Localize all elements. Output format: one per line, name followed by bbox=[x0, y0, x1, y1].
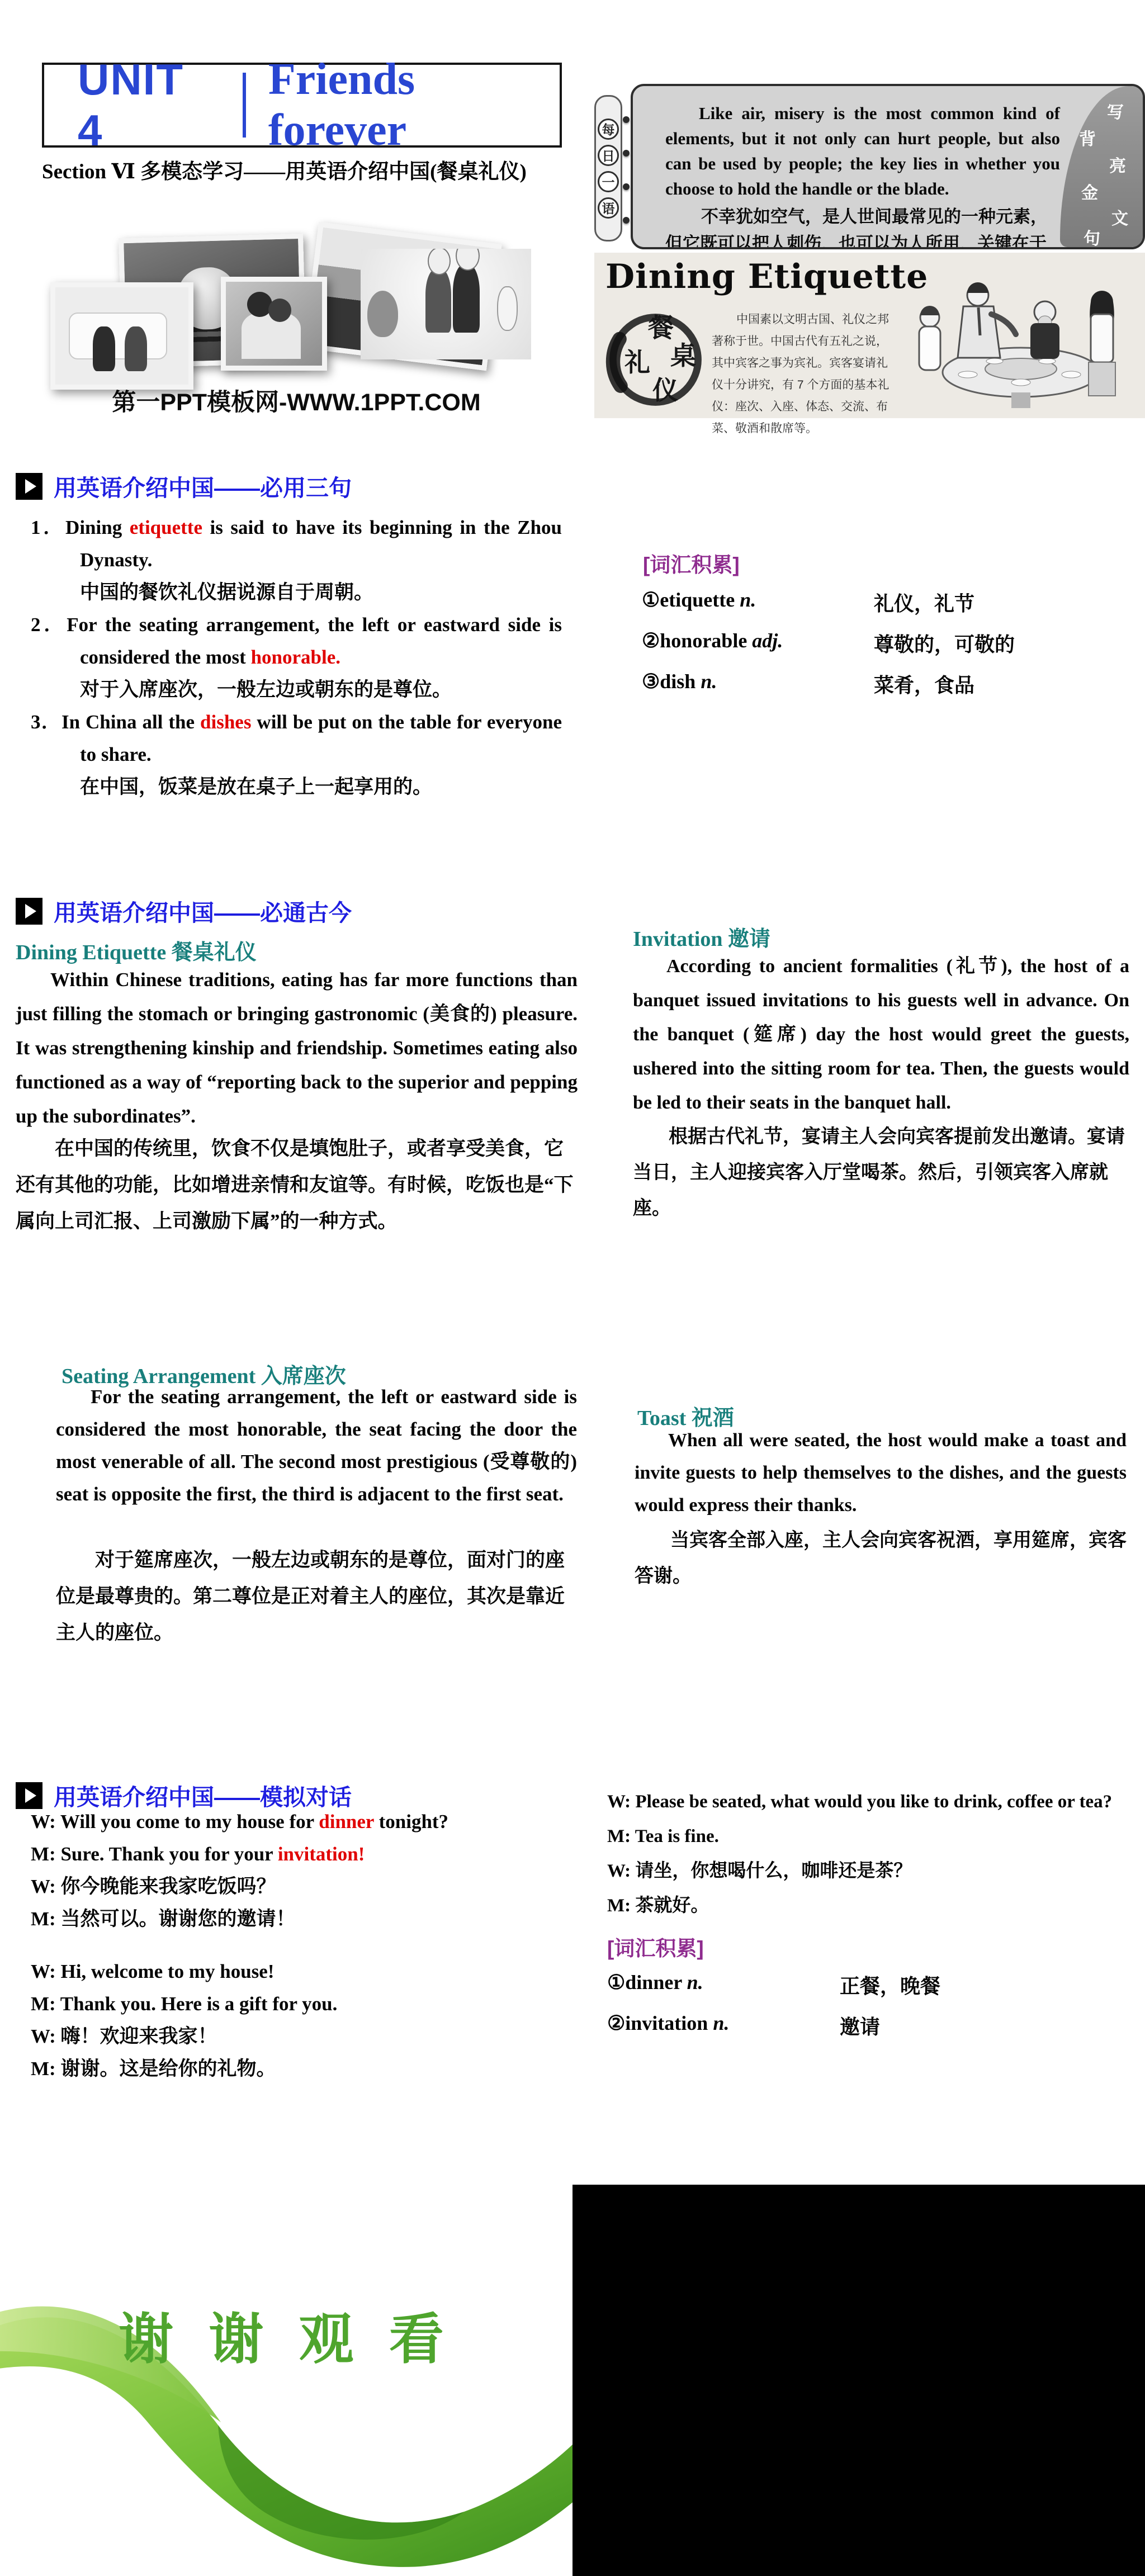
banner-title: Dining Etiquette bbox=[605, 257, 928, 296]
highlight-word: honorable. bbox=[251, 646, 340, 668]
dialog-line: W: Please be seated, what would you like… bbox=[607, 1784, 1133, 1819]
toast-en-paragraph: When all were seated, the host would mak… bbox=[635, 1424, 1127, 1522]
dialog-line: W: Will you come to my house for dinner … bbox=[31, 1806, 567, 1838]
section1-list: 1．Dining etiquette is said to have its b… bbox=[31, 512, 562, 803]
quote-english: Like air, misery is the most common kind… bbox=[665, 101, 1060, 201]
vocab-row: ③dish n.菜肴，食品 bbox=[642, 670, 1015, 698]
tab-char: 一 bbox=[598, 171, 619, 192]
dialog-left: W: Will you come to my house for dinner … bbox=[31, 1806, 567, 2085]
girl-figure bbox=[93, 326, 115, 371]
dialog-gap bbox=[31, 1935, 567, 1955]
sentence-2-zh: 对于入席座次，一般左边或朝东的是尊位。 bbox=[80, 674, 562, 706]
band-char: 句 bbox=[1084, 225, 1100, 249]
daily-quote-tab: 每 日 一 语 bbox=[594, 95, 622, 241]
unit-title: Friends forever bbox=[268, 54, 560, 156]
photo-friends-sofa bbox=[50, 282, 193, 390]
black-panel bbox=[572, 2185, 1145, 2576]
dialog-line: M: 谢谢。这是给你的礼物。 bbox=[31, 2053, 567, 2085]
vocab-row: ②honorable adj.尊敬的，可敬的 bbox=[642, 629, 1015, 657]
dialog-line: M: Tea is fine. bbox=[607, 1819, 1133, 1854]
unit-divider bbox=[243, 73, 246, 138]
green-ribbon-wave bbox=[0, 2185, 572, 2576]
section-caption: Section Ⅵ 多模态学习——用英语介绍中国(餐桌礼仪) bbox=[42, 154, 601, 184]
sentence-1-zh: 中国的餐饮礼仪据说源自于周朝。 bbox=[80, 576, 562, 609]
bunny-shape bbox=[497, 286, 518, 330]
section1-header: 用英语介绍中国——必用三句 bbox=[16, 470, 352, 503]
ending-slide: 谢 谢 观 看 bbox=[0, 2185, 572, 2576]
quote-chinese: 不幸犹如空气，是人世间最常见的一种元素，但它既可以把人刺伤，也可以为人所用，关键… bbox=[665, 203, 1060, 249]
section2-title: 用英语介绍中国——必通古今 bbox=[54, 894, 352, 927]
illustration-winter-kids bbox=[361, 249, 531, 359]
band-char: 写 bbox=[1107, 98, 1124, 123]
banner-intro-text: 中国素以文明古国、礼仪之邦著称于世。中国古代有五礼之说，其中宾客之事为宾礼。宾客… bbox=[712, 309, 893, 439]
sub-dining-etiquette: Dining Etiquette 餐桌礼仪 bbox=[16, 935, 257, 965]
hug-body-shape bbox=[242, 312, 301, 359]
dialog-line: W: 嗨！欢迎来我家！ bbox=[31, 2020, 567, 2053]
unit-label: UNIT 4 bbox=[78, 54, 220, 156]
seal-char: 桌 bbox=[670, 335, 696, 372]
couch-shape bbox=[69, 312, 167, 359]
dialog-line: W: 你今晚能来我家吃饭吗？ bbox=[31, 1871, 567, 1903]
sentence-1-en: 1．Dining etiquette is said to have its b… bbox=[31, 512, 562, 576]
dining-en-paragraph: Within Chinese traditions, eating has fa… bbox=[16, 963, 578, 1133]
band-char: 金 bbox=[1081, 179, 1098, 203]
tab-char: 日 bbox=[598, 145, 619, 166]
play-icon bbox=[16, 1782, 42, 1809]
photo-friends-hug bbox=[221, 277, 327, 371]
section2-header: 用英语介绍中国——必通古今 bbox=[16, 894, 352, 927]
sentence-3-zh: 在中国，饭菜是放在桌子上一起享用的。 bbox=[80, 771, 562, 803]
sentence-3-en: 3．In China all the dishes will be put on… bbox=[31, 706, 562, 771]
dialog-line: W: 请坐，你想喝什么，咖啡还是茶？ bbox=[607, 1854, 1133, 1888]
play-icon bbox=[16, 898, 42, 925]
dialog-line: M: Thank you. Here is a gift for you. bbox=[31, 1988, 567, 2020]
vocab-title-2: [词汇积累] bbox=[607, 1931, 704, 1962]
slide-page: UNIT 4 Friends forever Section Ⅵ 多模态学习——… bbox=[0, 0, 1145, 2576]
sentence-2-en: 2．For the seating arrangement, the left … bbox=[31, 609, 562, 674]
kid-figure bbox=[425, 269, 451, 333]
dialog-line: M: 当然可以。谢谢您的邀请！ bbox=[31, 1903, 567, 1935]
sub-invitation: Invitation 邀请 bbox=[633, 921, 770, 952]
highlight-word: dinner bbox=[319, 1811, 374, 1832]
seal-char: 礼 bbox=[624, 342, 650, 379]
invitation-zh-paragraph: 根据古代礼节，宴请主人会向宾客提前发出邀请。宴请当日，主人迎接宾客入厅堂喝茶。然… bbox=[633, 1119, 1129, 1227]
vocab-row: ②invitation n.邀请 bbox=[607, 2011, 940, 2040]
dining-table-cartoon bbox=[901, 263, 1141, 413]
band-char: 亮 bbox=[1109, 152, 1126, 177]
seal-char: 仪 bbox=[652, 370, 678, 407]
quote-text: Like air, misery is the most common kind… bbox=[633, 86, 1075, 249]
vocab-title-1: [词汇积累] bbox=[643, 548, 740, 578]
section1-title: 用英语介绍中国——必用三句 bbox=[54, 470, 352, 503]
vocab-row: ①etiquette n.礼仪，礼节 bbox=[642, 588, 1015, 617]
vocab-list-2: ①dinner n.正餐，晚餐 ②invitation n.邀请 bbox=[607, 1971, 940, 2052]
binding-dots bbox=[623, 116, 630, 224]
invitation-en-paragraph: According to ancient formalities (礼节), t… bbox=[633, 949, 1129, 1120]
highlight-word: invitation! bbox=[278, 1843, 365, 1865]
seating-en-paragraph: For the seating arrangement, the left or… bbox=[56, 1381, 577, 1510]
tab-char: 每 bbox=[598, 119, 619, 140]
dialog-line: M: 茶就好。 bbox=[607, 1888, 1133, 1923]
dialog-line: W: Hi, welcome to my house! bbox=[31, 1955, 567, 1988]
toast-zh-paragraph: 当宾客全部入座，主人会向宾客祝酒，享用筵席，宾客答谢。 bbox=[635, 1523, 1127, 1594]
dialog-right: W: Please be seated, what would you like… bbox=[607, 1784, 1133, 1923]
tab-char: 语 bbox=[598, 197, 619, 219]
band-char: 背 bbox=[1079, 125, 1096, 150]
daily-quote-box: 写 背 亮 金 文 句 Like air, misery is the most… bbox=[631, 84, 1145, 249]
dining-etiquette-banner: Dining Etiquette 餐 桌 礼 仪 中国素以文明古国、礼仪之邦著称… bbox=[594, 253, 1145, 418]
highlight-word: etiquette bbox=[130, 517, 202, 538]
ink-seal: 餐 桌 礼 仪 bbox=[601, 304, 710, 413]
girl-figure bbox=[125, 326, 147, 371]
vocab-row: ①dinner n.正餐，晚餐 bbox=[607, 1971, 940, 1999]
thanks-text: 谢 谢 观 看 bbox=[0, 2295, 572, 2374]
highlight-word: dishes bbox=[200, 711, 251, 733]
play-icon bbox=[16, 473, 42, 500]
vocab-list-1: ①etiquette n.礼仪，礼节 ②honorable adj.尊敬的，可敬… bbox=[642, 588, 1015, 711]
band-char: 文 bbox=[1111, 205, 1128, 229]
dialog-line: M: Sure. Thank you for your invitation! bbox=[31, 1838, 567, 1871]
mushroom-shape bbox=[367, 291, 398, 337]
seating-zh-paragraph: 对于筵席座次，一般左边或朝东的是尊位，面对门的座位是最尊贵的。第二尊位是正对着主… bbox=[56, 1542, 577, 1651]
unit-banner: UNIT 4 Friends forever bbox=[42, 63, 562, 148]
head-shape bbox=[268, 299, 291, 322]
dining-zh-paragraph: 在中国的传统里，饮食不仅是填饱肚子，或者享受美食，它还有其他的功能，比如增进亲情… bbox=[16, 1130, 578, 1239]
kid-figure bbox=[453, 264, 480, 333]
